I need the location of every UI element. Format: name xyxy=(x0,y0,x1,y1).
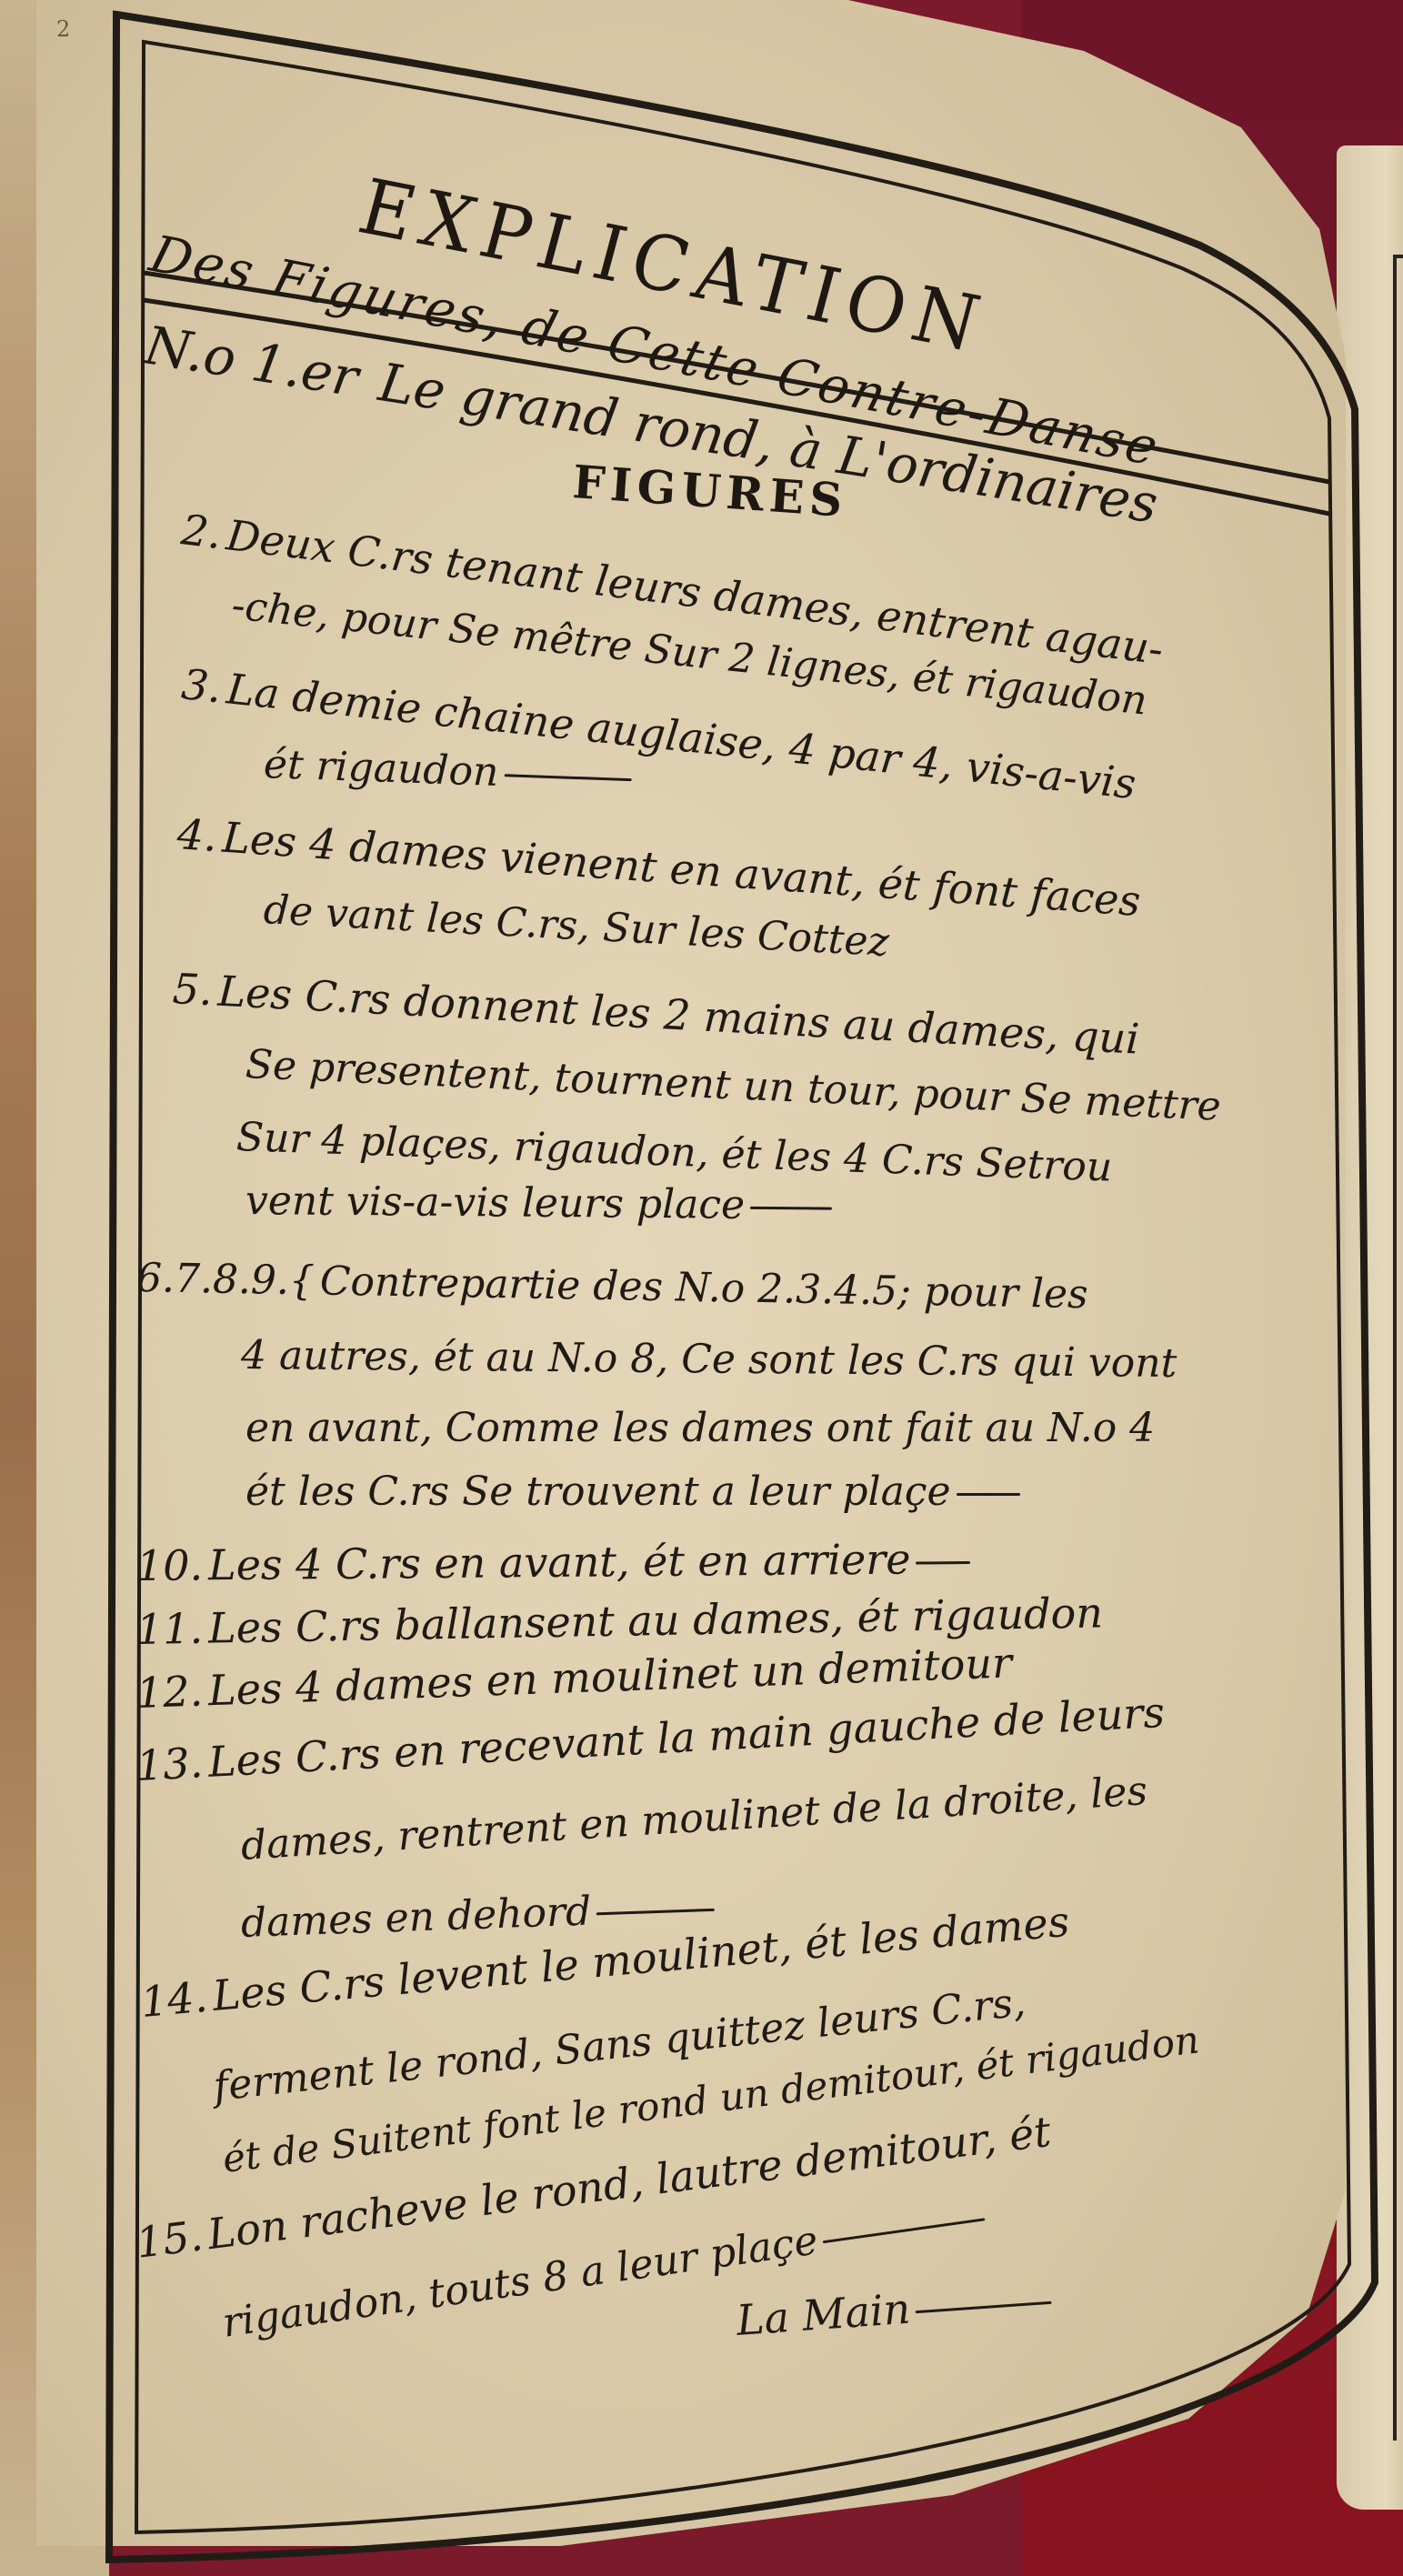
figure-text: Les 4 C.rs en avant, ét en arriere xyxy=(208,1535,911,1590)
figure-number: 11. xyxy=(136,1604,204,1654)
flourish-dash xyxy=(957,1493,1020,1496)
adjacent-page-edge xyxy=(1337,145,1403,2510)
figure-number: 10. xyxy=(136,1540,204,1590)
figure-number: 5. xyxy=(172,964,215,1015)
figure-6-9-line-4: ét les C.rs Se trouvent a leur plaçe xyxy=(246,1468,1020,1515)
figure-number: 4. xyxy=(175,809,219,861)
flourish-dash xyxy=(823,2218,986,2243)
figure-number: 13. xyxy=(135,1738,205,1790)
figure-number: 15. xyxy=(134,2210,205,2268)
figure-text: en avant, Comme les dames ont fait au N.… xyxy=(246,1405,1155,1451)
flourish-dash xyxy=(916,2300,1052,2312)
flourish-dash xyxy=(750,1207,832,1210)
figure-6-9-line-3: en avant, Comme les dames ont fait au N.… xyxy=(246,1405,1155,1451)
figure-text: 4 autres, ét au N.o 8, Ce sont les C.rs … xyxy=(241,1332,1178,1387)
flourish-dash xyxy=(504,774,631,781)
figure-text: ét rigaudon xyxy=(263,741,499,796)
figure-10-line-1: 10.Les 4 C.rs en avant, ét en arriere xyxy=(136,1534,971,1590)
figure-5-line-4: vent vis-a-vis leurs place xyxy=(246,1178,832,1229)
flourish-dash xyxy=(596,1909,715,1916)
figure-number: 3. xyxy=(179,659,224,712)
page-corner-mark: 2 xyxy=(56,16,70,42)
figure-text: vent vis-a-vis leurs place xyxy=(246,1178,746,1228)
figure-number: 14. xyxy=(139,1972,210,2027)
figure-6-9-line-2: 4 autres, ét au N.o 8, Ce sont les C.rs … xyxy=(241,1332,1178,1387)
flourish-dash xyxy=(916,1560,970,1564)
figure-number: 12. xyxy=(135,1666,204,1718)
figure-text: ét les C.rs Se trouvent a leur plaçe xyxy=(246,1468,951,1515)
figure-number: 6.7.8.9.{ xyxy=(136,1255,316,1304)
figure-number: 2. xyxy=(179,505,225,558)
